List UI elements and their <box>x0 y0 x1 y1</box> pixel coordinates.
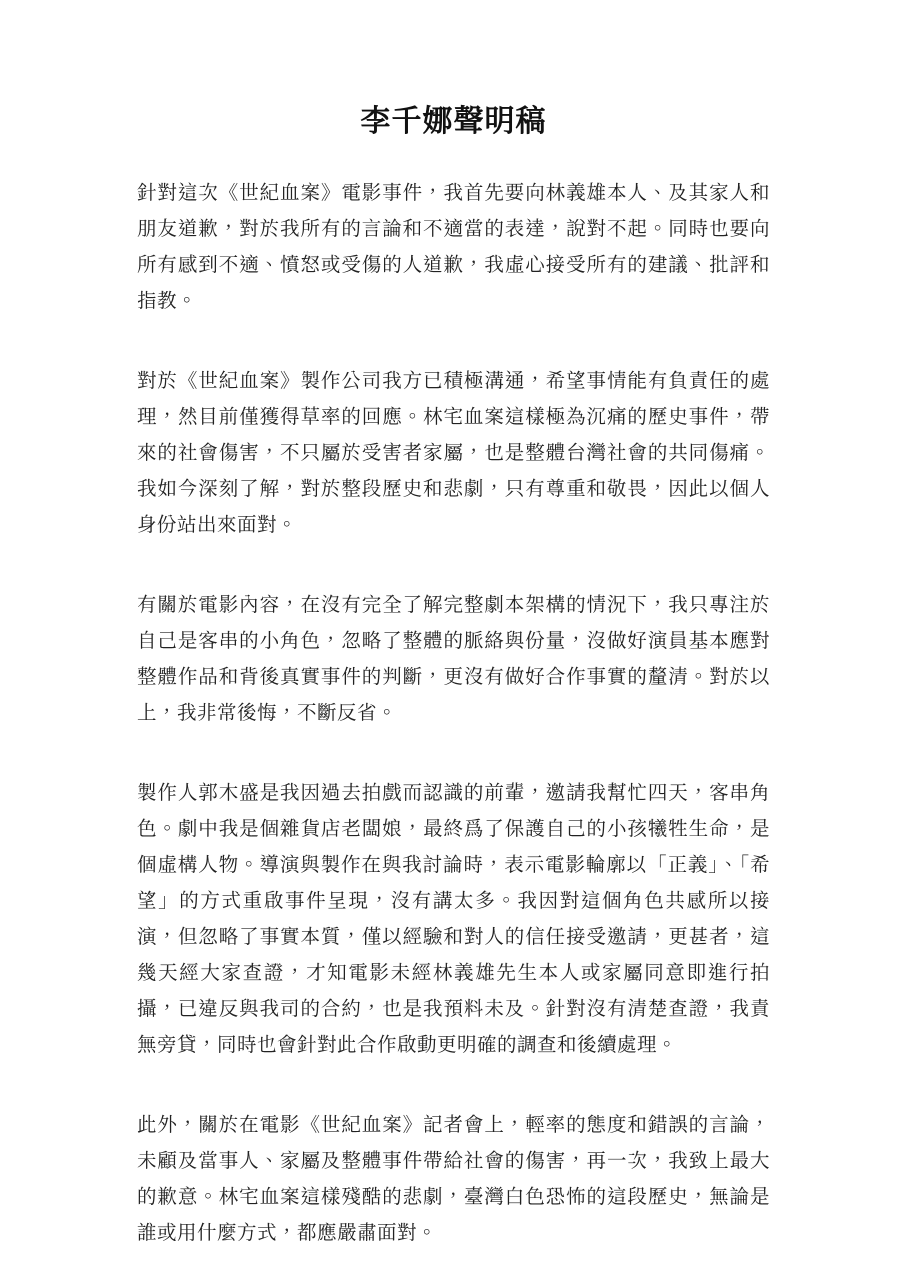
statement-paragraph-4: 製作人郭木盛是我因過去拍戲而認識的前輩，邀請我幫忙四天，客串角色。劇中我是個雜貨… <box>137 776 770 1064</box>
statement-paragraph-1: 針對這次《世紀血案》電影事件，我首先要向林義雄本人、及其家人和朋友道歉，對於我所… <box>137 176 770 320</box>
statement-paragraph-2: 對於《世紀血案》製作公司我方已積極溝通，希望事情能有負責任的處理，然目前僅獲得草… <box>137 364 770 544</box>
statement-paragraph-3: 有關於電影內容，在沒有完全了解完整劇本架構的情況下，我只專注於自己是客串的小角色… <box>137 588 770 732</box>
document-page: 李千娜聲明稿 針對這次《世紀血案》電影事件，我首先要向林義雄本人、及其家人和朋友… <box>0 0 904 1280</box>
statement-paragraph-5: 此外，關於在電影《世紀血案》記者會上，輕率的態度和錯誤的言論，未顧及當事人、家屬… <box>137 1108 770 1252</box>
document-title: 李千娜聲明稿 <box>137 100 770 144</box>
